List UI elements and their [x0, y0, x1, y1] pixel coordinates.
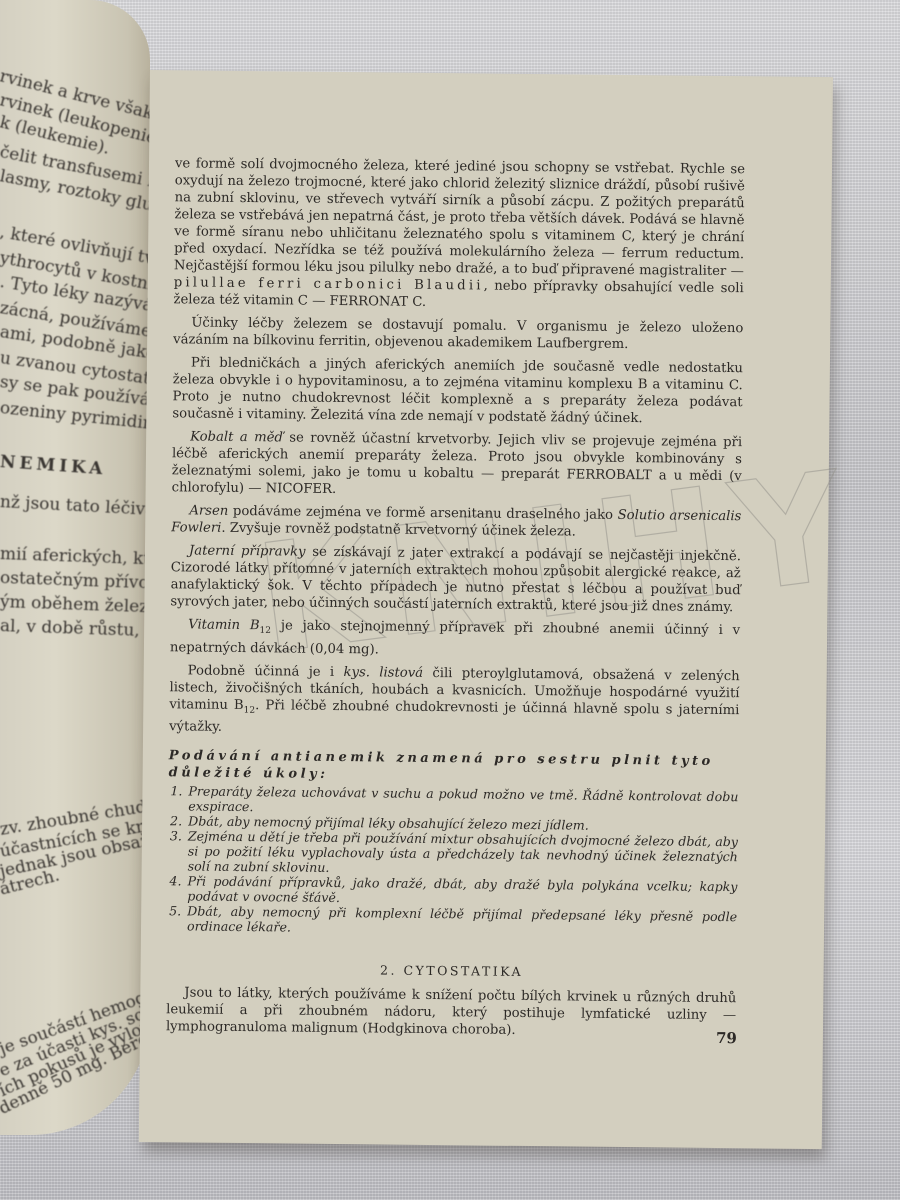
subscript: 12: [260, 626, 272, 636]
left-page-line: al, v době růstu, při: [0, 616, 150, 642]
subscript: 12: [244, 705, 256, 715]
paragraph-vitamin-b12: Vitamin B12 je jako stejnojmenný příprav…: [170, 616, 740, 662]
left-page-line: nž jsou tato léčiva: [0, 492, 150, 520]
term: Arsen: [189, 503, 228, 518]
text: . Zvyšuje rovněž podstatně krvetvorný úč…: [221, 521, 576, 540]
latin-preparation: pilullae ferri carbonici Blaudii: [174, 275, 484, 293]
page-number: 79: [716, 1029, 737, 1047]
left-page-line: ým oběhem železa, nebo: [0, 592, 150, 619]
paragraph-cobalt: Kobalt a měď se rovněž účastní krvetvorb…: [172, 428, 743, 502]
text: Podobně účinná je i: [188, 663, 344, 680]
term: Vitamin B: [188, 617, 260, 633]
paragraph-folic-acid: Podobně účinná je i kys. listová čili pt…: [169, 662, 740, 742]
page-content: ve formě solí dvojmocného železa, které …: [166, 155, 745, 1047]
section-title: 2. CYTOSTATIKA: [167, 960, 737, 983]
tasks-list: Preparáty železa uchovávat v suchu a pok…: [167, 784, 739, 940]
left-page-line: ostatečným přívodem: [0, 568, 150, 594]
paragraph-effects: Účinky léčby železem se dostavují pomalu…: [173, 314, 743, 354]
paragraph-cytostatics: Jsou to látky, kterých používáme k sníže…: [166, 985, 737, 1042]
right-page: KNIHY ve formě solí dvojmocného železa, …: [139, 70, 833, 1149]
task-item: Dbát, aby nemocný při komplexní léčbě př…: [185, 904, 737, 940]
tasks-heading: Podávání antianemik znamená pro sestru p…: [169, 748, 739, 788]
text: ve formě solí dvojmocného železa, které …: [174, 156, 745, 279]
left-page-line: mií aferických, které: [0, 544, 150, 570]
text: . Při léčbě zhoubné chudokrevnosti je úč…: [169, 698, 739, 735]
paragraph-arsen: Arsen podáváme zejména ve formě arsenita…: [171, 502, 741, 542]
paragraph-liver: Jaterní přípravky se získávají z jater e…: [170, 542, 741, 616]
term: Kobalt a měď: [190, 429, 283, 445]
paragraph-iron-salts: ve formě solí dvojmocného železa, které …: [174, 155, 746, 314]
text: podáváme zejména ve formě arsenitanu dra…: [228, 504, 618, 523]
paragraph-anemia: Při bledničkách a jiných aferických anem…: [172, 354, 743, 428]
left-page-heading: NEMIKA: [0, 452, 107, 479]
term: Jaterní přípravky: [189, 543, 306, 559]
left-page: rvinek a krve však rvinek (leukopenie) k…: [0, 0, 150, 1135]
task-item: Zejména u dětí je třeba při používání mi…: [186, 829, 738, 880]
term: kys. listová: [343, 665, 423, 681]
